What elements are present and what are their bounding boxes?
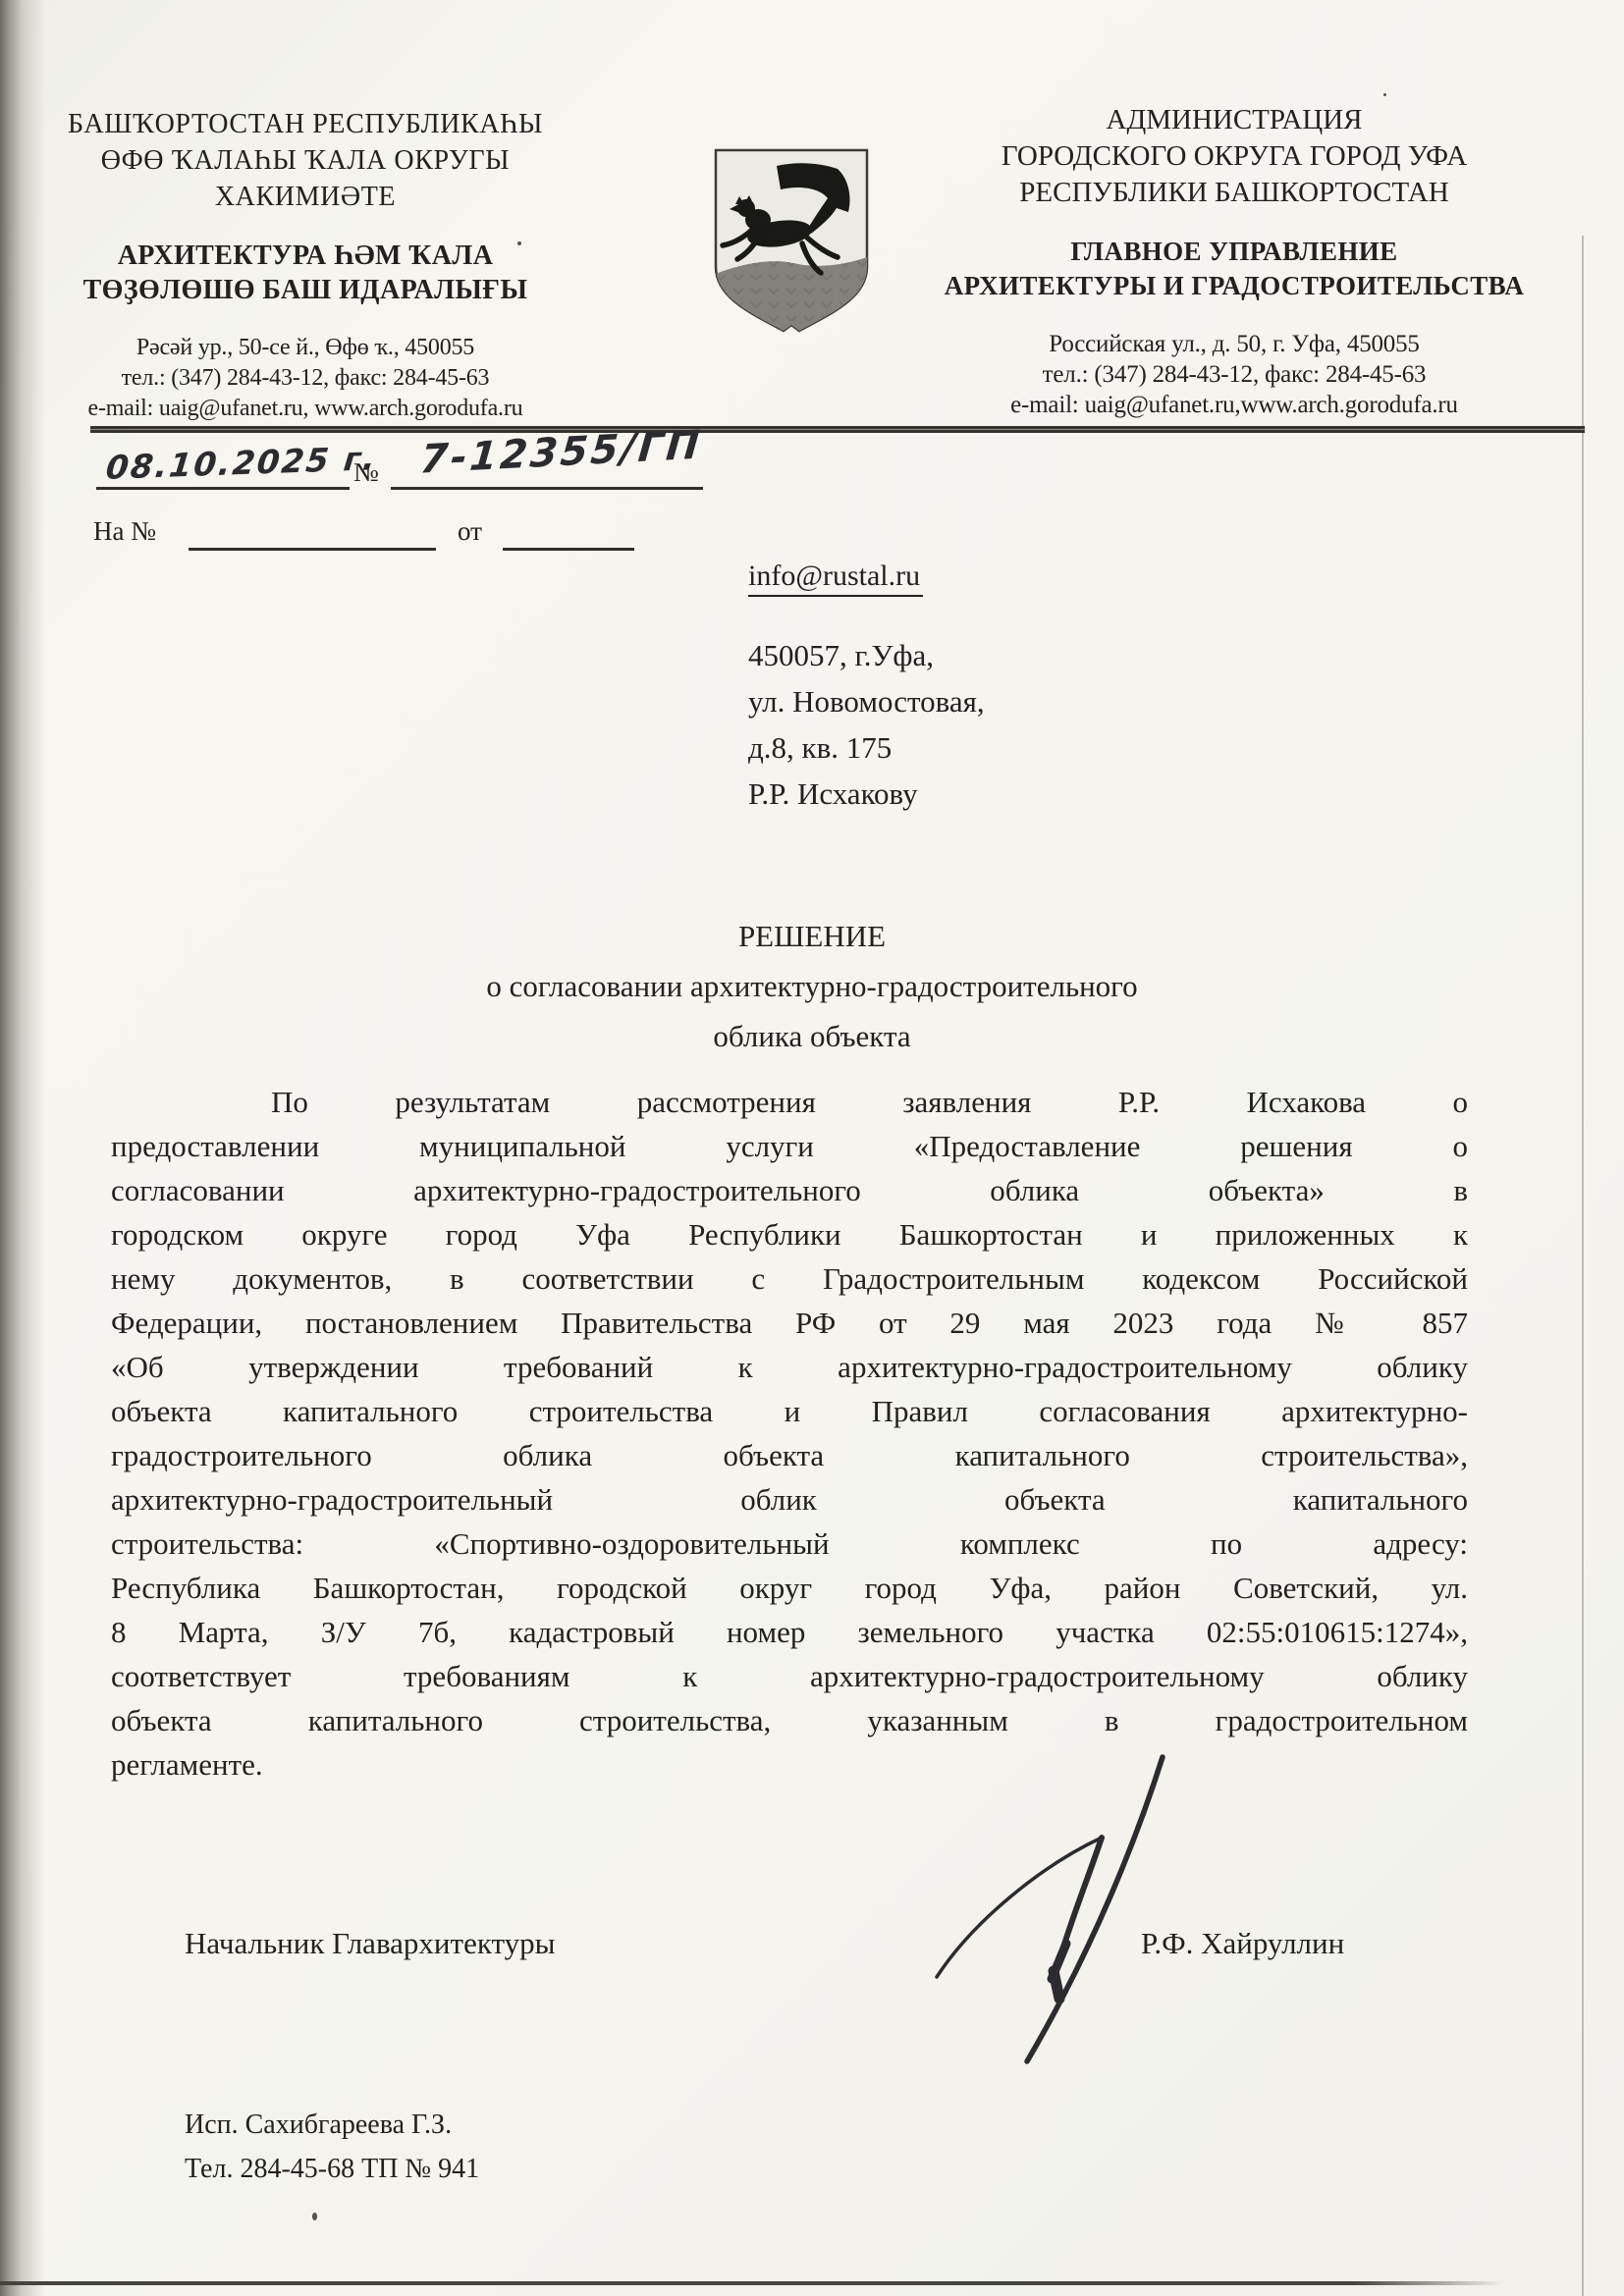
body-line: объекта капитального строительства и Пра…	[111, 1389, 1468, 1433]
dept-name-russian: ГЛАВНОЕ УПРАВЛЕНИЕ АРХИТЕКТУРЫ И ГРАДОСТ…	[882, 235, 1587, 303]
number-underline	[391, 487, 703, 490]
body-line: городском округе город Уфа Республики Ба…	[111, 1212, 1468, 1256]
recipient-address-block: 450057, г.Уфа, ул. Новомостовая, д.8, кв…	[748, 632, 985, 817]
ufa-coat-of-arms-icon	[713, 147, 870, 336]
scan-edge-line-right	[1582, 236, 1584, 2296]
org-line: АДМИНИСТРАЦИЯ	[882, 102, 1587, 138]
body-line: согласовании архитектурно-градостроитель…	[111, 1168, 1468, 1212]
scan-edge-shadow-left	[0, 0, 45, 2296]
scan-edge-line-bottom	[0, 2281, 1504, 2285]
body-line: градостроительного облика объекта капита…	[111, 1433, 1468, 1477]
body-line: предоставлении муниципальной услуги «Пре…	[111, 1124, 1468, 1168]
executor-name-line: Исп. Сахибгареева Г.З.	[185, 2103, 479, 2147]
recipient-email: info@rustal.ru	[748, 560, 923, 593]
reply-date-blank-underline	[503, 548, 634, 551]
contact-info-bashkir: Рәсәй ур., 50-се й., Өфө ҡ., 450055 тел.…	[67, 333, 544, 424]
body-line: По результатам рассмотрения заявления Р.…	[111, 1080, 1468, 1124]
title-subline: облика объекта	[0, 1011, 1624, 1061]
document-title: РЕШЕНИЕ о согласовании архитектурно-град…	[0, 911, 1624, 1061]
contact-info-russian: Российская ул., д. 50, г. Уфа, 450055 те…	[882, 329, 1587, 420]
executor-phone-line: Тел. 284-45-68 ТП № 941	[185, 2147, 479, 2191]
title-subline: о согласовании архитектурно-градостроите…	[0, 961, 1624, 1011]
body-line: Республика Башкортостан, городской округ…	[111, 1566, 1468, 1610]
body-line: 8 Марта, З/У 7б, кадастровый номер земел…	[111, 1610, 1468, 1654]
handwritten-date: 08.10.2025 г.	[104, 439, 379, 487]
scanned-letter-page: БАШҠОРТОСТАН РЕСПУБЛИКАҺЫ ӨФӨ ҠАЛАҺЫ ҠАЛ…	[0, 0, 1624, 2296]
phone-fax-line: тел.: (347) 284-43-12, факс: 284-45-63	[882, 359, 1587, 390]
signer-position-label: Начальник Главархитектуры	[185, 1926, 555, 1961]
org-line: ГОРОДСКОГО ОКРУГА ГОРОД УФА	[882, 138, 1587, 175]
dept-line: АРХИТЕКТУРА ҺӘМ ҠАЛА	[67, 239, 544, 273]
phone-fax-line: тел.: (347) 284-43-12, факс: 284-45-63	[67, 363, 544, 394]
recipient-address-line: д.8, кв. 175	[748, 724, 985, 771]
dept-line: АРХИТЕКТУРЫ И ГРАДОСТРОИТЕЛЬСТВА	[882, 269, 1587, 303]
ink-speck	[312, 2213, 317, 2220]
coat-of-arms-shield	[713, 147, 870, 336]
recipient-name: Р.Р. Исхакову	[748, 771, 985, 817]
email-web-line: e-mail: uaig@ufanet.ru,www.arch.gorodufa…	[882, 390, 1587, 420]
body-line: нему документов, в соответствии с Градос…	[111, 1256, 1468, 1301]
letterhead-right-column: АДМИНИСТРАЦИЯ ГОРОДСКОГО ОКРУГА ГОРОД УФ…	[882, 102, 1587, 420]
reply-from-label: от	[458, 516, 482, 547]
date-underline	[96, 487, 350, 490]
body-line: соответствует требованиям к архитектурно…	[111, 1654, 1468, 1698]
dept-line: ГЛАВНОЕ УПРАВЛЕНИЕ	[882, 235, 1587, 269]
org-name-russian: АДМИНИСТРАЦИЯ ГОРОДСКОГО ОКРУГА ГОРОД УФ…	[882, 102, 1587, 211]
recipient-address-line: ул. Новомостовая,	[748, 678, 985, 724]
org-line: ХАКИМИӘТЕ	[67, 179, 544, 215]
handwritten-signature	[905, 1751, 1200, 2067]
recipient-email-text: info@rustal.ru	[748, 560, 923, 597]
reply-to-number-label: На №	[93, 516, 156, 547]
number-sign-label: №	[353, 457, 379, 488]
org-line: ӨФӨ ҠАЛАҺЫ ҠАЛА ОКРУГЫ	[67, 142, 544, 179]
body-line: Федерации, постановлением Правительства …	[111, 1301, 1468, 1345]
letterhead-left-column: БАШҠОРТОСТАН РЕСПУБЛИКАҺЫ ӨФӨ ҠАЛАҺЫ ҠАЛ…	[67, 106, 544, 424]
signer-name: Р.Ф. Хайруллин	[1141, 1926, 1344, 1961]
dept-line: ТӨҘӨЛӨШӨ БАШ ИДАРАЛЫҒЫ	[67, 273, 544, 307]
body-line: «Об утверждении требований к архитектурн…	[111, 1345, 1468, 1389]
ink-speck	[1383, 93, 1386, 96]
dept-name-bashkir: АРХИТЕКТУРА ҺӘМ ҠАЛА ТӨҘӨЛӨШӨ БАШ ИДАРАЛ…	[67, 239, 544, 307]
letterhead-divider-rule	[90, 426, 1585, 433]
reply-number-blank-underline	[189, 548, 436, 551]
org-line: БАШҠОРТОСТАН РЕСПУБЛИКАҺЫ	[67, 106, 544, 142]
recipient-address-line: 450057, г.Уфа,	[748, 632, 985, 678]
executor-block: Исп. Сахибгареева Г.З. Тел. 284-45-68 ТП…	[185, 2103, 479, 2191]
org-line: РЕСПУБЛИКИ БАШКОРТОСТАН	[882, 175, 1587, 211]
body-line: строительства: «Спортивно-оздоровительны…	[111, 1522, 1468, 1566]
address-line: Рәсәй ур., 50-се й., Өфө ҡ., 450055	[67, 333, 544, 363]
title-heading: РЕШЕНИЕ	[0, 911, 1624, 961]
body-line: архитектурно-градостроительный облик объ…	[111, 1477, 1468, 1522]
body-paragraph: По результатам рассмотрения заявления Р.…	[111, 1080, 1468, 1787]
address-line: Российская ул., д. 50, г. Уфа, 450055	[882, 329, 1587, 359]
body-line: регламенте.	[111, 1742, 1468, 1787]
org-name-bashkir: БАШҠОРТОСТАН РЕСПУБЛИКАҺЫ ӨФӨ ҠАЛАҺЫ ҠАЛ…	[67, 106, 544, 215]
email-web-line: e-mail: uaig@ufanet.ru, www.arch.goroduf…	[67, 394, 544, 424]
body-line: объекта капитального строительства, указ…	[111, 1698, 1468, 1742]
